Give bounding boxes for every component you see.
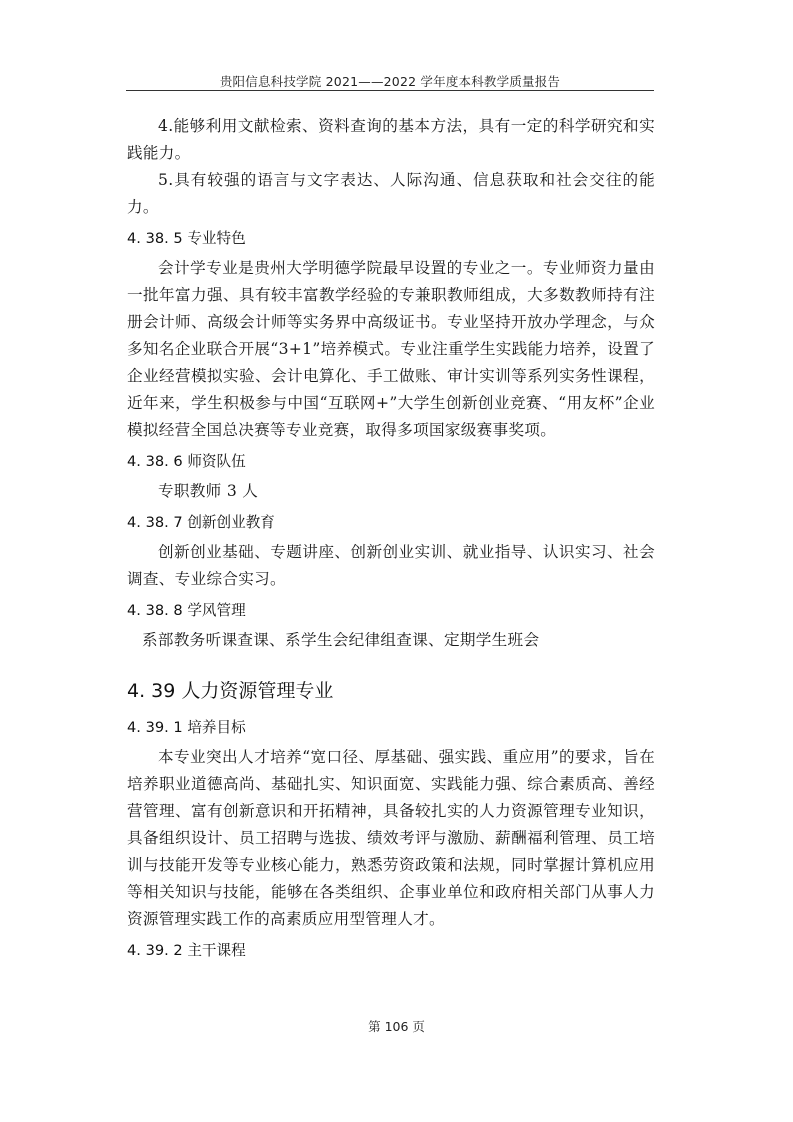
paragraph-objective-5: 5.具有较强的语言与文字表达、人际沟通、信息获取和社会交往的能力。: [127, 167, 655, 221]
paragraph-training-goals: 本专业突出人才培养“宽口径、厚基础、强实践、重应用”的要求，旨在培养职业道德高尚…: [127, 744, 655, 933]
paragraph-study-management: 系部教务听课查课、系学生会纪律组查课、定期学生班会: [127, 627, 655, 654]
page-header: 贵阳信息科技学院 2021——2022 学年度本科教学质量报告: [126, 72, 654, 90]
document-body: 4.能够利用文献检索、资料查询的基本方法，具有一定的科学研究和实践能力。 5.具…: [127, 113, 655, 967]
paragraph-innovation: 创新创业基础、专题讲座、创新创业实训、就业指导、认识实习、社会调查、专业综合实习…: [127, 539, 655, 593]
subheading-4-39-2: 4. 39. 2 主干课程: [127, 939, 655, 963]
subheading-4-38-7: 4. 38. 7 创新创业教育: [127, 511, 655, 535]
page-number: 第 106 页: [0, 1017, 793, 1035]
subheading-4-39-1: 4. 39. 1 培养目标: [127, 716, 655, 740]
subheading-4-38-8: 4. 38. 8 学风管理: [127, 599, 655, 623]
section-heading-4-39: 4. 39 人力资源管理专业: [127, 676, 655, 706]
paragraph-features: 会计学专业是贵州大学明德学院最早设置的专业之一。专业师资力量由一批年富力强、具有…: [127, 255, 655, 444]
subheading-4-38-5: 4. 38. 5 专业特色: [127, 227, 655, 251]
paragraph-objective-4: 4.能够利用文献检索、资料查询的基本方法，具有一定的科学研究和实践能力。: [127, 113, 655, 167]
subheading-4-38-6: 4. 38. 6 师资队伍: [127, 450, 655, 474]
paragraph-faculty: 专职教师 3 人: [127, 478, 655, 505]
header-rule: [126, 90, 654, 91]
